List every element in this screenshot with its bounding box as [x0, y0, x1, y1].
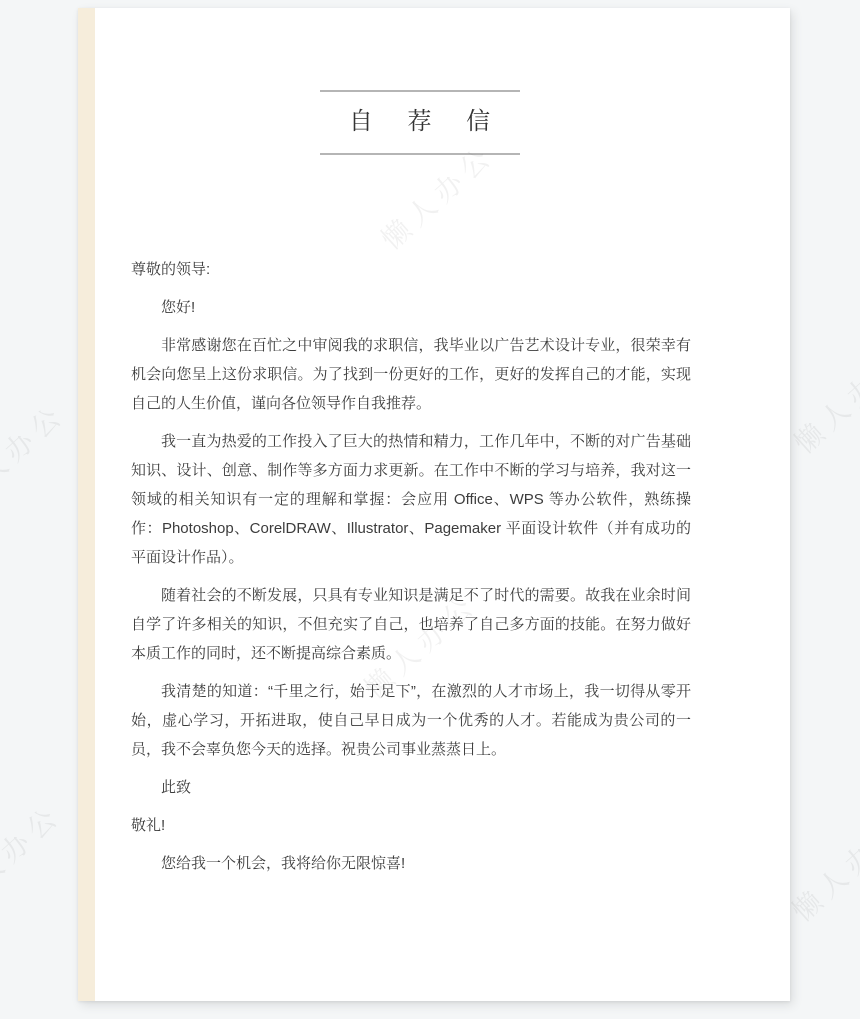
document-title: 自 荐 信	[320, 109, 520, 135]
letter-paragraph: 随着社会的不断发展，只具有专业知识是满足不了时代的需要。故我在业余时间自学了许多…	[131, 581, 691, 668]
letter-closing: 您给我一个机会，我将给你无限惊喜!	[131, 849, 691, 878]
letter-paragraph: 我清楚的知道：“千里之行，始于足下”，在激烈的人才市场上，我一切得从零开始，虚心…	[131, 677, 691, 764]
letter-regards: 敬礼!	[131, 811, 691, 840]
letter-regards-pre: 此致	[131, 773, 691, 802]
letter-greeting: 您好!	[131, 293, 691, 322]
letter-paragraph: 我一直为热爱的工作投入了巨大的热情和精力，工作几年中，不断的对广告基础知识、设计…	[131, 427, 691, 572]
title-rule-top	[320, 90, 520, 92]
page-spine-edge	[78, 8, 95, 1001]
page-content: 自 荐 信 尊敬的领导: 您好! 非常感谢您在百忙之中审阅我的求职信，我毕业以广…	[95, 8, 790, 1001]
watermark-text: 懒人办公	[0, 393, 73, 516]
watermark-text: 懒人办公	[785, 338, 860, 461]
watermark-text: 懒人办公	[0, 794, 69, 917]
document-page: 自 荐 信 尊敬的领导: 您好! 非常感谢您在百忙之中审阅我的求职信，我毕业以广…	[78, 8, 790, 1001]
watermark-text: 懒人办公	[783, 806, 860, 929]
letter-paragraph: 非常感谢您在百忙之中审阅我的求职信，我毕业以广告艺术设计专业，很荣幸有机会向您呈…	[131, 331, 691, 418]
title-rule-bottom	[320, 153, 520, 155]
title-block: 自 荐 信	[320, 90, 520, 155]
letter-body: 尊敬的领导: 您好! 非常感谢您在百忙之中审阅我的求职信，我毕业以广告艺术设计专…	[131, 255, 691, 878]
letter-salutation: 尊敬的领导:	[131, 255, 691, 284]
